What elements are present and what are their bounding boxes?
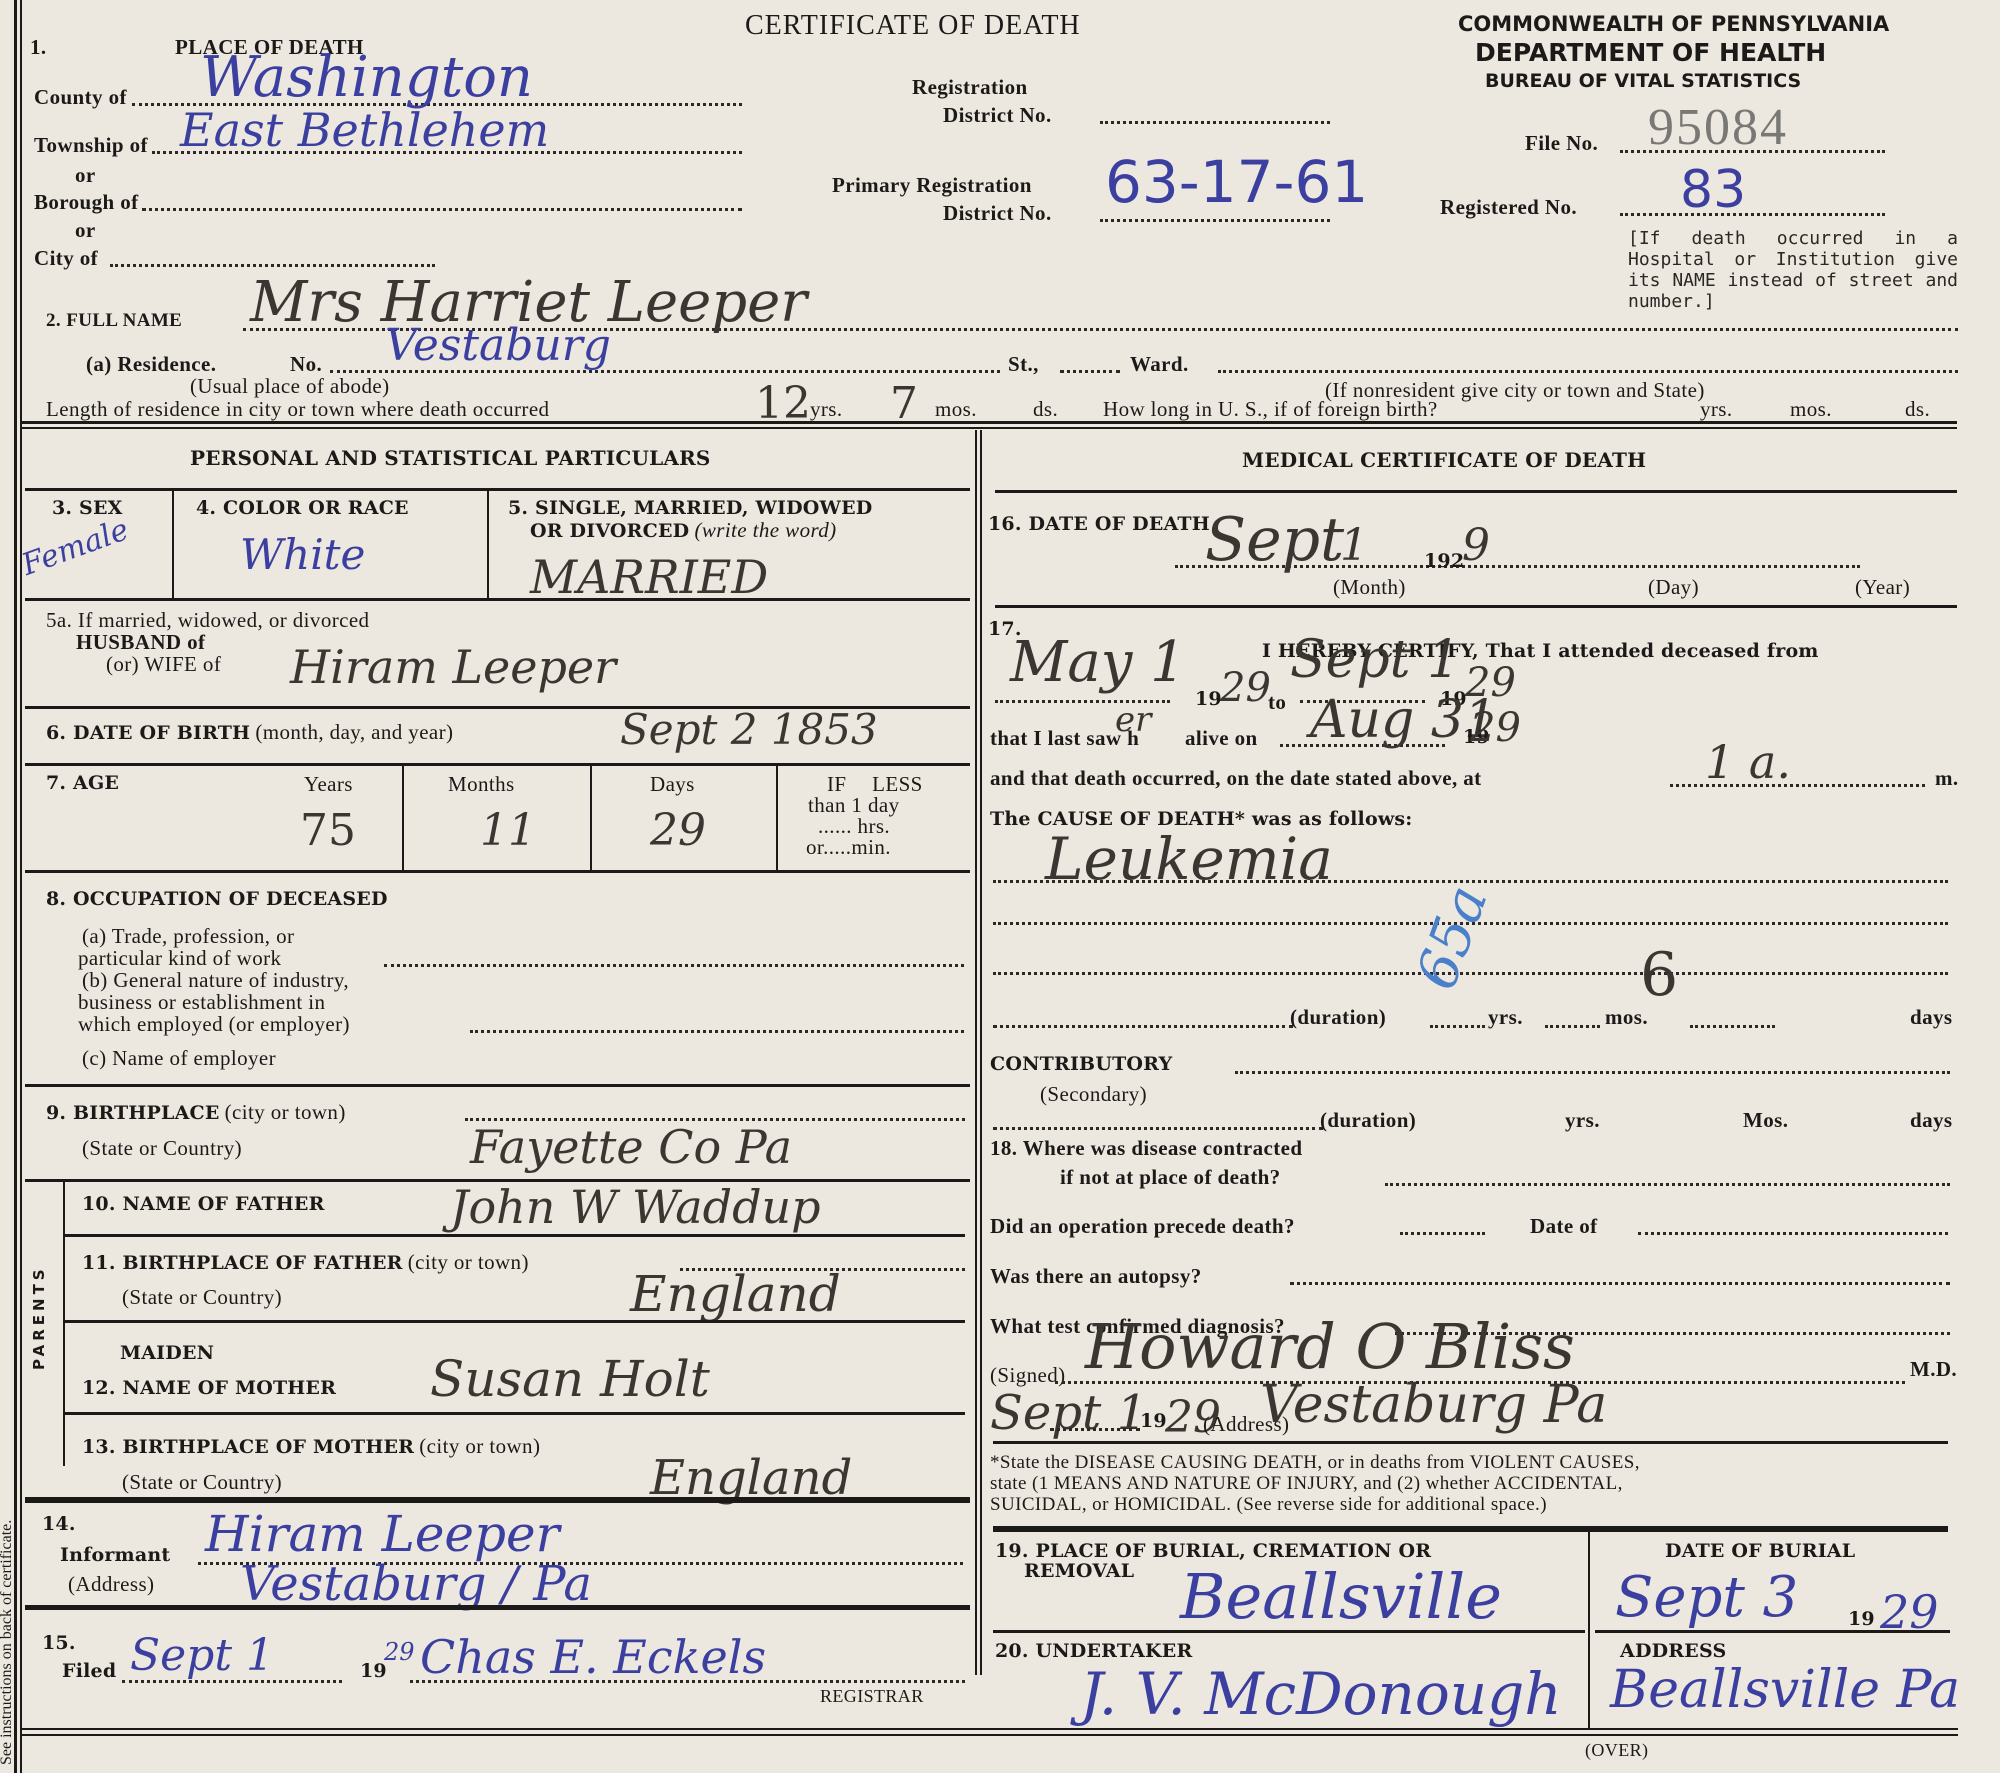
informant-value[interactable]: Hiram Leeper	[205, 1505, 560, 1563]
primary-district-label: District No.	[943, 201, 1052, 226]
q18-label-2: if not at place of death?	[1060, 1165, 1281, 1190]
undertaker-value[interactable]: J. V. McDonough	[1080, 1660, 1562, 1728]
age-divider-1	[402, 765, 404, 870]
dod-month[interactable]: Sept	[1205, 505, 1344, 575]
duration-mos-line	[1545, 1025, 1600, 1028]
filed-year-prefix: 19	[360, 1660, 387, 1682]
duration-yrs-line	[1430, 1025, 1485, 1028]
burial-divider	[1588, 1530, 1590, 1730]
operation-date-label: Date of	[1530, 1214, 1598, 1239]
medical-heading: MEDICAL CERTIFICATE OF DEATH	[1242, 448, 1646, 472]
marital-label-1: 5. SINGLE, MARRIED, WIDOWED	[508, 497, 872, 519]
duration-label: (duration)	[1290, 1005, 1386, 1030]
undertaker-address-value[interactable]: Beallsville Pa	[1610, 1660, 1960, 1720]
age-divider-3	[776, 765, 778, 870]
father-birth-label-row: 11. BIRTHPLACE OF FATHER (city or town)	[82, 1250, 529, 1275]
dod-year-prefix: 192	[1424, 550, 1464, 572]
cause-code: 65a	[1404, 877, 1501, 998]
last-saw-year[interactable]: 29	[1470, 705, 1521, 751]
or-label-2: or	[75, 218, 96, 243]
footnote-3: SUICIDAL, or HOMICIDAL. (See reverse sid…	[990, 1494, 1547, 1516]
personal-row-line-12	[25, 1605, 970, 1610]
medical-row-line-2	[995, 605, 1957, 608]
registered-no-label: Registered No.	[1440, 195, 1577, 220]
length-yrs-label: yrs.	[810, 397, 843, 422]
personal-row-line-5	[25, 870, 970, 873]
medical-row-line-5	[993, 1630, 1585, 1633]
mother-birth-hint: (city or town)	[419, 1434, 540, 1458]
dod-label: 16. DATE OF DEATH	[988, 513, 1210, 535]
township-label: Township of	[34, 133, 148, 158]
operation-field[interactable]	[1400, 1232, 1485, 1235]
personal-row-line-11	[25, 1497, 970, 1503]
age-years-label: Years	[304, 772, 353, 797]
personal-row-line-4	[25, 763, 970, 766]
side-note: See instructions on back of certificate.	[0, 1520, 16, 1765]
age-divider-2	[590, 765, 592, 870]
mother-value[interactable]: Susan Holt	[430, 1350, 710, 1408]
informant-number: 14.	[42, 1513, 76, 1535]
registration-label: Registration	[912, 75, 1028, 100]
bottom-line-left	[22, 1728, 1022, 1730]
secondary-days-label: days	[1910, 1108, 1952, 1133]
dob-label-row: 6. DATE OF BIRTH (month, day, and year)	[46, 720, 453, 745]
file-no-label: File No.	[1525, 131, 1598, 156]
mother-birth-label-row: 13. BIRTHPLACE OF MOTHER (city or town)	[82, 1434, 540, 1459]
duration-line	[993, 1025, 1293, 1028]
left-border	[14, 0, 17, 1773]
autopsy-label: Was there an autopsy?	[990, 1264, 1202, 1289]
ward-label: Ward.	[1130, 352, 1189, 377]
bottom-line-right-2	[980, 1734, 1958, 1736]
death-occurred-label: and that death occurred, on the date sta…	[990, 766, 1482, 791]
foreign-birth-label: How long in U. S., if of foreign birth?	[1103, 397, 1438, 422]
burial-date-label: DATE OF BURIAL	[1665, 1540, 1855, 1562]
mother-birth-label: 13. BIRTHPLACE OF MOTHER	[82, 1436, 414, 1458]
secondary-yrs-label: yrs.	[1565, 1108, 1600, 1133]
section-divider-top-2	[22, 427, 1957, 429]
certificate-title: CERTIFICATE OF DEATH	[745, 10, 1081, 42]
marital-hint: (write the word)	[694, 518, 836, 542]
burial-label-1: 19. PLACE OF BURIAL, CREMATION OR	[995, 1540, 1431, 1562]
father-birth-value[interactable]: England	[630, 1265, 841, 1323]
borough-label: Borough of	[34, 190, 139, 215]
township-value[interactable]: East Bethlehem	[180, 103, 549, 157]
attended-from-value[interactable]: May 1	[1010, 630, 1186, 695]
center-divider	[975, 430, 977, 1675]
age-months-value[interactable]: 11	[480, 805, 536, 856]
primary-district-field-line	[1100, 219, 1330, 222]
borough-field-line	[142, 208, 742, 211]
death-time-value[interactable]: 1 a.	[1705, 735, 1791, 789]
operation-label: Did an operation precede death?	[990, 1214, 1295, 1239]
foreign-yrs-label: yrs.	[1700, 397, 1733, 422]
hospital-note: [If death occurred in a Hospital or Inst…	[1628, 228, 1958, 312]
secondary-duration-line	[993, 1127, 1323, 1130]
filed-year[interactable]: 29	[384, 1638, 415, 1666]
burial-label-2: REMOVAL	[1024, 1560, 1134, 1582]
dod-month-label: (Month)	[1333, 575, 1406, 600]
marital-label-2: OR DIVORCED (write the word)	[530, 518, 837, 543]
primary-registration-label: Primary Registration	[832, 173, 1032, 198]
state-name: COMMONWEALTH OF PENNSYLVANIA	[1458, 12, 1889, 36]
contributory-label: CONTRIBUTORY	[990, 1053, 1172, 1075]
footnote-2: state (1 MEANS AND NATURE OF INJURY, and…	[990, 1473, 1623, 1495]
signed-value[interactable]: Howard O Bliss	[1085, 1310, 1575, 1383]
occupation-label: 8. OCCUPATION OF DECEASED	[46, 888, 388, 910]
usual-place-label: (Usual place of abode)	[190, 374, 389, 399]
center-divider-2	[980, 430, 982, 1675]
undertaker-address-label: ADDRESS	[1620, 1640, 1726, 1662]
birthplace-value[interactable]: Fayette Co Pa	[470, 1120, 792, 1174]
ward-field-line	[1218, 370, 1958, 373]
signed-date-line	[1050, 1428, 1140, 1431]
city-field-line	[110, 264, 435, 267]
registrar-label: REGISTRAR	[820, 1686, 924, 1707]
personal-row-line-6	[25, 1084, 970, 1087]
medical-row-line-5b	[1595, 1630, 1950, 1633]
st-field-line	[1060, 370, 1120, 373]
length-of-residence-label: Length of residence in city or town wher…	[46, 397, 549, 422]
father-birth-label: 11. BIRTHPLACE OF FATHER	[82, 1252, 403, 1274]
registered-no-value[interactable]: 83	[1680, 160, 1746, 220]
contributory-line	[1235, 1071, 1950, 1074]
occupation-c: (c) Name of employer	[82, 1046, 276, 1071]
or-label-1: or	[75, 163, 96, 188]
age-months-label: Months	[448, 772, 515, 797]
dod-year-label: (Year)	[1855, 575, 1910, 600]
q18-label-1: 18. Where was disease contracted	[990, 1136, 1302, 1161]
from-year-prefix: 19	[1195, 688, 1222, 710]
duration-mos-label: mos.	[1605, 1005, 1648, 1030]
sex-value[interactable]: Female	[17, 512, 133, 583]
to-label: to	[1268, 690, 1286, 715]
foreign-ds-label: ds.	[1905, 397, 1930, 422]
section-divider-top	[22, 421, 1957, 424]
father-value[interactable]: John W Waddup	[450, 1180, 821, 1234]
dob-hint: (month, day, and year)	[255, 720, 453, 744]
marital-value[interactable]: MARRIED	[530, 550, 768, 604]
duration-days-label: days	[1910, 1005, 1952, 1030]
bottom-line-right	[980, 1728, 1958, 1730]
primary-district-value[interactable]: 63-17-61	[1105, 148, 1368, 216]
county-value[interactable]: Washington	[200, 45, 533, 110]
secondary-duration-label: (duration)	[1320, 1108, 1416, 1133]
secondary-mos-label: Mos.	[1743, 1108, 1788, 1133]
mother-birth-state-label: (State or Country)	[122, 1470, 282, 1495]
personal-row-line-10	[65, 1412, 965, 1415]
age-less-4: or.....min.	[806, 835, 891, 860]
burial-year-prefix: 19	[1848, 1608, 1875, 1630]
autopsy-field[interactable]	[1290, 1282, 1950, 1285]
q18-field[interactable]	[1385, 1183, 1950, 1186]
from-year[interactable]: 29	[1220, 665, 1271, 711]
file-no-value: 95084	[1648, 98, 1788, 157]
physician-address-value[interactable]: Vestaburg Pa	[1260, 1375, 1607, 1435]
informant-address-label: (Address)	[68, 1572, 154, 1597]
secondary-label: (Secondary)	[1040, 1082, 1147, 1107]
footnote-1: *State the DISEASE CAUSING DEATH, or in …	[990, 1452, 1640, 1474]
registered-no-field-line	[1620, 213, 1885, 216]
occupation-a-field[interactable]	[384, 964, 964, 967]
district-no-field[interactable]	[1100, 121, 1330, 124]
age-label: 7. AGE	[46, 772, 119, 794]
filed-number: 15.	[42, 1632, 76, 1654]
signed-date[interactable]: Sept 1	[990, 1385, 1147, 1441]
birthplace-state-label: (State or Country)	[82, 1136, 242, 1161]
full-name-label: 2. FULL NAME	[46, 310, 182, 332]
filed-value[interactable]: Sept 1	[130, 1630, 274, 1681]
maiden-label: MAIDEN	[120, 1342, 214, 1364]
duration-mos-value[interactable]: 6	[1640, 940, 1678, 1010]
medical-row-line-3	[993, 1441, 1948, 1444]
department-name: DEPARTMENT OF HEALTH	[1475, 38, 1826, 67]
birthplace-label: 9. BIRTHPLACE	[46, 1102, 220, 1124]
medical-row-line-4	[993, 1526, 1948, 1532]
parents-divider	[63, 1181, 65, 1466]
attended-to-value[interactable]: Sept 1	[1290, 630, 1460, 690]
dod-day[interactable]: 1	[1340, 520, 1368, 571]
age-days-label: Days	[650, 772, 695, 797]
dod-year[interactable]: 9	[1462, 520, 1490, 571]
duration-yrs-label: yrs.	[1488, 1005, 1523, 1030]
dob-label: 6. DATE OF BIRTH	[46, 722, 250, 744]
alive-on-label: alive on	[1185, 726, 1258, 751]
residence-value[interactable]: Vestaburg	[385, 320, 611, 371]
md-label: M.D.	[1910, 1357, 1957, 1382]
father-label: 10. NAME OF FATHER	[82, 1193, 325, 1215]
county-label: County of	[34, 85, 127, 110]
operation-date-field[interactable]	[1638, 1232, 1948, 1235]
over-label: (OVER)	[1585, 1740, 1648, 1761]
age-days-value[interactable]: 29	[650, 805, 706, 856]
personal-row-line-2	[25, 598, 970, 601]
duration-days-line	[1690, 1025, 1775, 1028]
dod-day-label: (Day)	[1648, 575, 1699, 600]
age-years-value[interactable]: 75	[300, 805, 356, 856]
dob-value[interactable]: Sept 2 1853	[620, 705, 878, 754]
race-value[interactable]: White	[240, 530, 365, 579]
personal-heading: PERSONAL AND STATISTICAL PARTICULARS	[190, 446, 711, 470]
personal-row-line-8	[65, 1234, 965, 1237]
race-label: 4. COLOR OR RACE	[196, 497, 409, 519]
informant-label: Informant	[60, 1544, 170, 1566]
birthplace-hint: (city or town)	[225, 1100, 346, 1124]
st-label: St.,	[1008, 352, 1039, 377]
length-ds-label: ds.	[1033, 397, 1058, 422]
burial-place-value[interactable]: Beallsville	[1180, 1560, 1502, 1633]
father-birth-state-label: (State or Country)	[122, 1285, 282, 1310]
last-saw-pronoun[interactable]: er	[1115, 700, 1151, 740]
bottom-line-left-2	[22, 1734, 1022, 1736]
father-birth-hint: (city or town)	[408, 1250, 529, 1274]
race-marital-divider	[487, 490, 489, 598]
undertaker-label: 20. UNDERTAKER	[995, 1640, 1192, 1662]
city-label: City of	[34, 246, 98, 271]
burial-date-value[interactable]: Sept 3	[1615, 1565, 1798, 1630]
bureau-name: BUREAU OF VITAL STATISTICS	[1485, 70, 1801, 92]
registrar-value[interactable]: Chas E. Eckels	[420, 1630, 766, 1684]
district-no-label: District No.	[943, 103, 1052, 128]
spouse-value[interactable]: Hiram Leeper	[290, 640, 616, 694]
foreign-mos-label: mos.	[1790, 397, 1832, 422]
occupation-b-field[interactable]	[470, 1030, 964, 1033]
signed-year-prefix: 19	[1140, 1410, 1167, 1432]
filed-label: Filed	[62, 1660, 116, 1682]
occupation-b-3: which employed (or employer)	[78, 1012, 350, 1037]
medical-row-line-1	[995, 490, 1957, 493]
spouse-label-3: (or) WIFE of	[106, 652, 221, 677]
marital-label-divorced: OR DIVORCED	[530, 520, 689, 542]
mother-label: 12. NAME OF MOTHER	[82, 1377, 336, 1399]
field-number-1: 1.	[30, 35, 47, 60]
personal-row-line-9	[65, 1320, 965, 1323]
left-border-inner	[20, 0, 22, 1773]
length-mos-label: mos.	[935, 397, 977, 422]
birthplace-label-row: 9. BIRTHPLACE (city or town)	[46, 1100, 346, 1125]
personal-row-line-1	[25, 488, 970, 491]
death-time-m-label: m.	[1935, 766, 1959, 791]
parents-label: PARENTS	[30, 1265, 48, 1370]
informant-address-value[interactable]: Vestaburg / Pa	[240, 1556, 592, 1612]
cause-line-1	[993, 880, 1948, 883]
sex-race-divider	[172, 490, 174, 598]
